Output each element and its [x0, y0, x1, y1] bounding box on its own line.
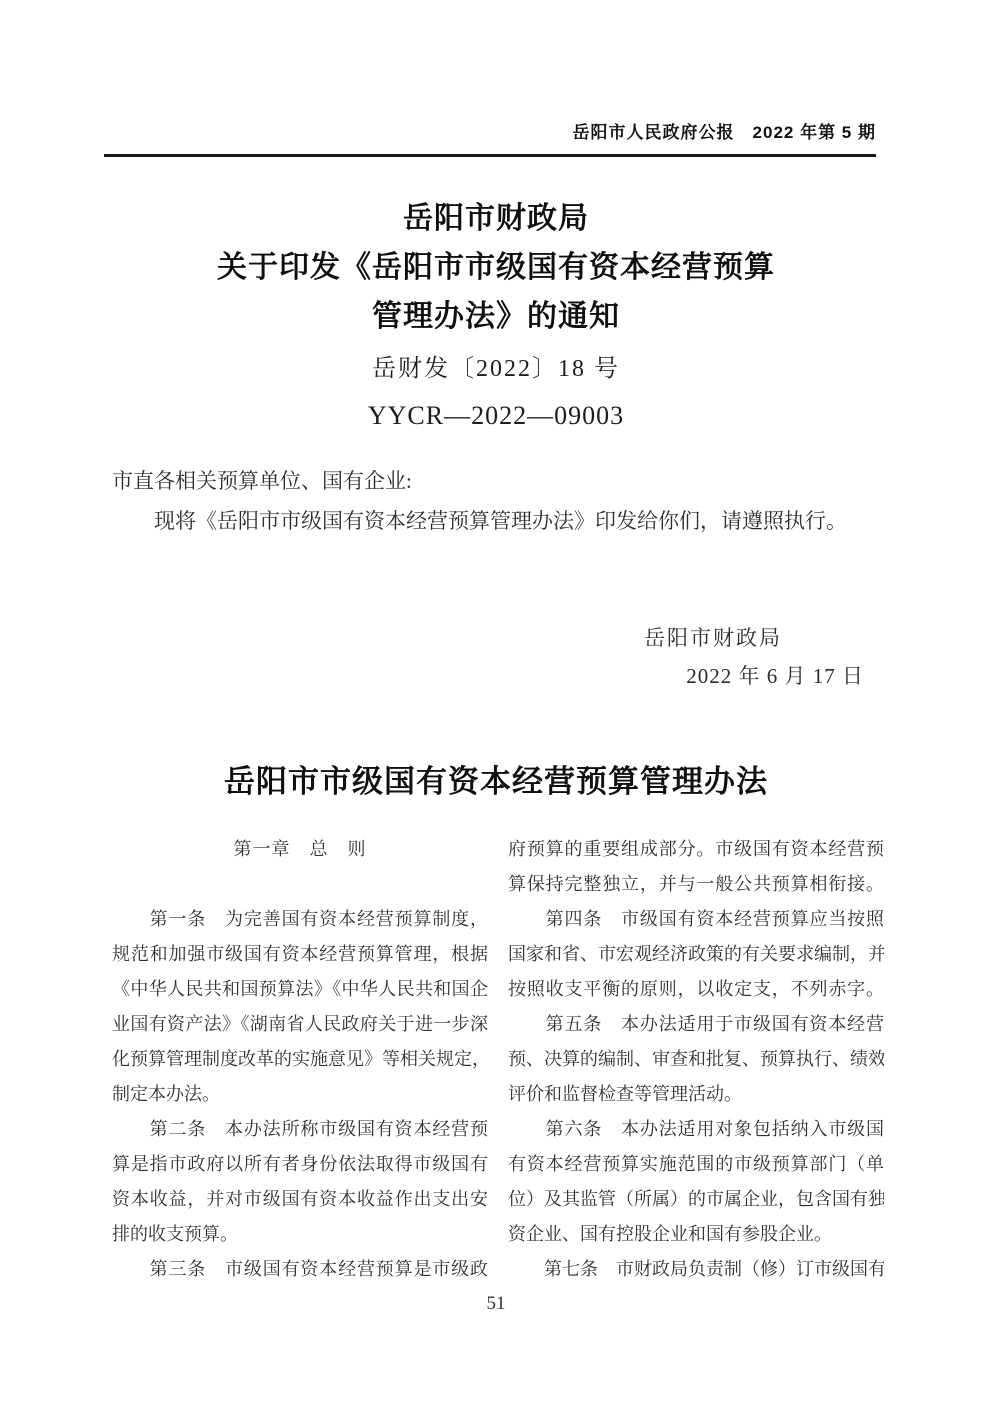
regulation-title: 岳阳市市级国有资本经营预算管理办法 [0, 762, 992, 802]
text-line: 第三条 市级国有资本经营预算是市级政 [112, 1252, 488, 1287]
text-line: 第六条 本办法适用对象包括纳入市级国 [508, 1112, 884, 1147]
text-line: 第四条 市级国有资本经营预算应当按照 [508, 902, 884, 937]
doc-code: YYCR—2022—09003 [0, 400, 992, 432]
signature-date: 2022 年 6 月 17 日 [0, 664, 864, 688]
column-right: 府预算的重要组成部分。市级国有资本经营预 算保持完整独立，并与一般公共预算相衔接… [508, 832, 884, 1287]
notice-title-line-2: 关于印发《岳阳市市级国有资本经营预算 [0, 243, 992, 292]
text-line: 预、决算的编制、审查和批复、预算执行、绩效 [508, 1042, 884, 1077]
text-line: 第一条 为完善国有资本经营预算制度， [112, 902, 488, 937]
notice-title-line-1: 岳阳市财政局 [0, 194, 992, 243]
gazette-masthead: 岳阳市人民政府公报 2022 年第 5 期 [104, 0, 876, 157]
gazette-page: 岳阳市人民政府公报 2022 年第 5 期 岳阳市财政局 关于印发《岳阳市市级国… [0, 0, 992, 1403]
page-number: 51 [0, 1293, 992, 1315]
text-line: 第五条 本办法适用于市级国有资本经营 [508, 1007, 884, 1042]
text-line [112, 867, 488, 902]
column-left: 第一章 总 则 第一条 为完善国有资本经营预算制度， 规范和加强市级国有资本经营… [112, 832, 488, 1287]
text-line: 算是指市政府以所有者身份依法取得市级国有 [112, 1147, 488, 1182]
text-line: 第二条 本办法所称市级国有资本经营预 [112, 1112, 488, 1147]
text-line: 业国有资产法》《湖南省人民政府关于进一步深 [112, 1007, 488, 1042]
text-line: 排的收支预算。 [112, 1217, 488, 1252]
text-line: 位）及其监管（所属）的市属企业，包含国有独 [508, 1182, 884, 1217]
signature-name: 岳阳市财政局 [0, 626, 782, 650]
text-line: 按照收支平衡的原则，以收定支，不列赤字。 [508, 972, 884, 1007]
text-line: 评价和监督检查等管理活动。 [508, 1077, 884, 1112]
text-line: 规范和加强市级国有资本经营预算管理，根据 [112, 937, 488, 972]
notice-title: 岳阳市财政局 关于印发《岳阳市市级国有资本经营预算 管理办法》的通知 [0, 194, 992, 341]
text-line: 《中华人民共和国预算法》《中华人民共和国企 [112, 972, 488, 1007]
chapter-heading: 第一章 总 则 [112, 832, 488, 867]
notice-title-line-3: 管理办法》的通知 [0, 292, 992, 341]
text-line: 资企业、国有控股企业和国有参股企业。 [508, 1217, 884, 1252]
text-line: 制定本办法。 [112, 1077, 488, 1112]
text-line: 资本收益，并对市级国有资本收益作出支出安 [112, 1182, 488, 1217]
two-column-body: 第一章 总 则 第一条 为完善国有资本经营预算制度， 规范和加强市级国有资本经营… [112, 832, 884, 1287]
text-line: 化预算管理制度改革的实施意见》等相关规定， [112, 1042, 488, 1077]
text-line: 第七条 市财政局负责制（修）订市级国有 [508, 1252, 884, 1287]
text-line: 算保持完整独立，并与一般公共预算相衔接。 [508, 867, 884, 902]
salutation: 市直各相关预算单位、国有企业: [112, 466, 876, 496]
doc-number: 岳财发〔2022〕18 号 [0, 354, 992, 384]
notice-body: 现将《岳阳市市级国有资本经营预算管理办法》印发给你们，请遵照执行。 [112, 506, 876, 536]
text-line: 府预算的重要组成部分。市级国有资本经营预 [508, 832, 884, 867]
text-line: 有资本经营预算实施范围的市级预算部门（单 [508, 1147, 884, 1182]
text-line: 国家和省、市宏观经济政策的有关要求编制，并 [508, 937, 884, 972]
